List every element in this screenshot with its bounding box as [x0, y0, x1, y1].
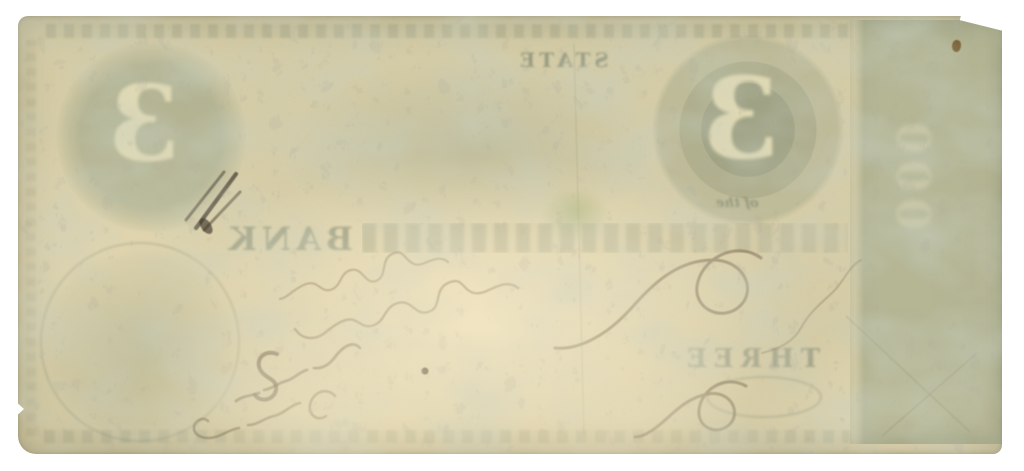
banknote-back: 3 3 STATE of the BANK THREE 000 — [18, 16, 1002, 454]
photo-background: 3 3 STATE of the BANK THREE 000 — [0, 0, 1024, 471]
crackle-texture — [18, 16, 1002, 454]
paper-texture — [18, 16, 1002, 454]
